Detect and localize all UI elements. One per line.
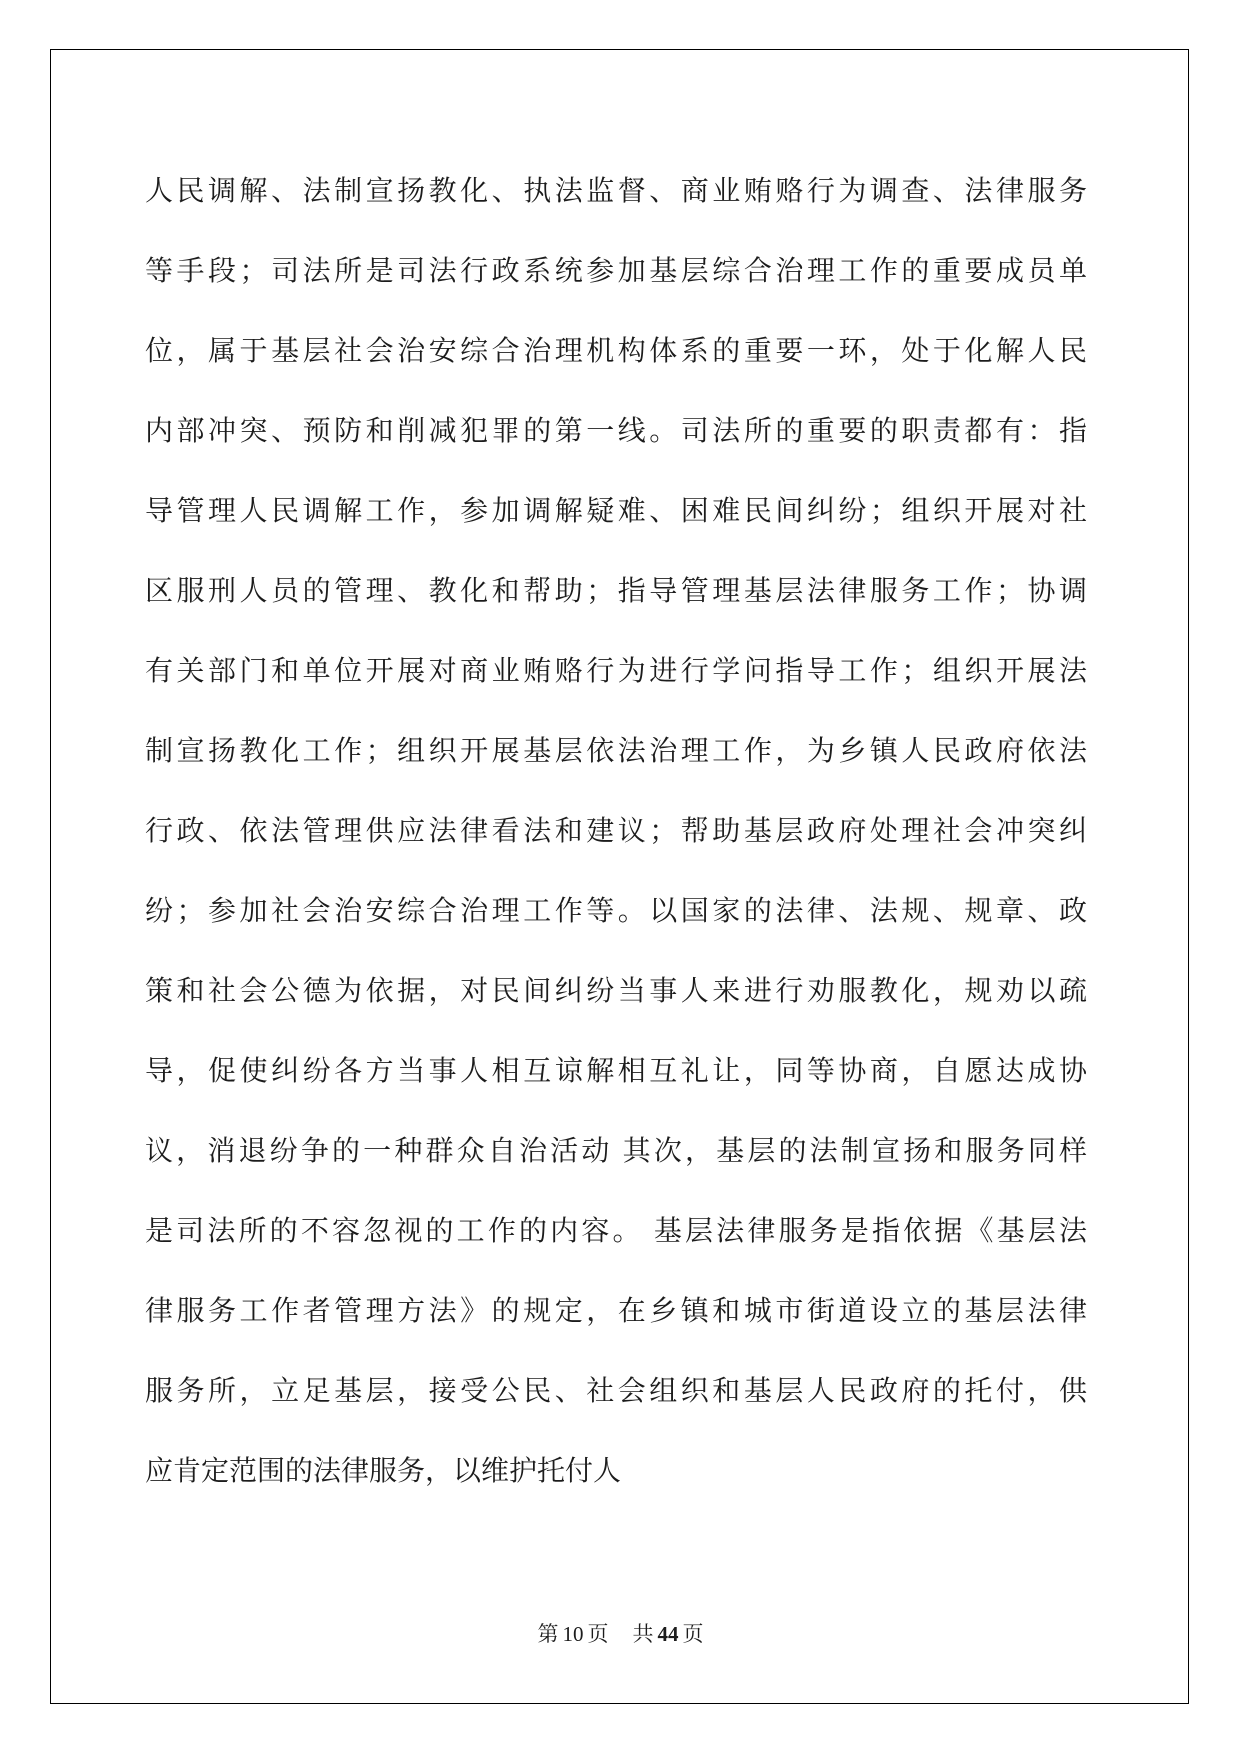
page-footer: 第10页共44页 <box>0 1620 1241 1648</box>
text-line: 制宣扬教化工作；组织开展基层依法治理工作，为乡镇人民政府依法 <box>145 712 1087 792</box>
text-line: 内部冲突、预防和削减犯罪的第一线。司法所的重要的职责都有：指 <box>145 392 1087 472</box>
text-line: 区服刑人员的管理、教化和帮助；指导管理基层法律服务工作；协调 <box>145 552 1087 632</box>
text-line: 应肯定范围的法律服务，以维护托付人 <box>145 1432 1087 1512</box>
total-pages-label: 共44页 <box>633 1622 704 1646</box>
text-line: 等手段；司法所是司法行政系统参加基层综合治理工作的重要成员单 <box>145 232 1087 312</box>
document-page: { "document": { "lines": [ "人民调解、法制宣扬教化、… <box>0 0 1241 1754</box>
current-page-number: 10 <box>563 1622 584 1646</box>
text-line: 位，属于基层社会治安综合治理机构体系的重要一环，处于化解人民 <box>145 312 1087 392</box>
text-line: 律服务工作者管理方法》的规定，在乡镇和城市街道设立的基层法律 <box>145 1272 1087 1352</box>
document-body: 人民调解、法制宣扬教化、执法监督、商业贿赂行为调查、法律服务 等手段；司法所是司… <box>145 152 1087 1512</box>
text-line: 导，促使纠纷各方当事人相互谅解相互礼让，同等协商，自愿达成协 <box>145 1032 1087 1112</box>
text-line: 策和社会公德为依据，对民间纠纷当事人来进行劝服教化，规劝以疏 <box>145 952 1087 1032</box>
text-line: 行政、依法管理供应法律看法和建议；帮助基层政府处理社会冲突纠 <box>145 792 1087 872</box>
text-line: 纷；参加社会治安综合治理工作等。以国家的法律、法规、规章、政 <box>145 872 1087 952</box>
text-line: 人民调解、法制宣扬教化、执法监督、商业贿赂行为调查、法律服务 <box>145 152 1087 232</box>
text-line: 服务所，立足基层，接受公民、社会组织和基层人民政府的托付，供 <box>145 1352 1087 1432</box>
text-line: 导管理人民调解工作，参加调解疑难、困难民间纠纷；组织开展对社 <box>145 472 1087 552</box>
page-suffix: 页 <box>588 1622 609 1646</box>
text-line: 议，消退纷争的一种群众自治活动 其次，基层的法制宣扬和服务同样 <box>145 1112 1087 1192</box>
page-prefix: 第 <box>538 1622 559 1646</box>
current-page-label: 第10页 <box>538 1622 609 1646</box>
total-prefix: 共 <box>633 1622 654 1646</box>
text-line: 有关部门和单位开展对商业贿赂行为进行学问指导工作；组织开展法 <box>145 632 1087 712</box>
text-line: 是司法所的不容忽视的工作的内容。 基层法律服务是指依据《基层法 <box>145 1192 1087 1272</box>
total-suffix: 页 <box>683 1622 704 1646</box>
total-pages-number: 44 <box>658 1622 679 1646</box>
